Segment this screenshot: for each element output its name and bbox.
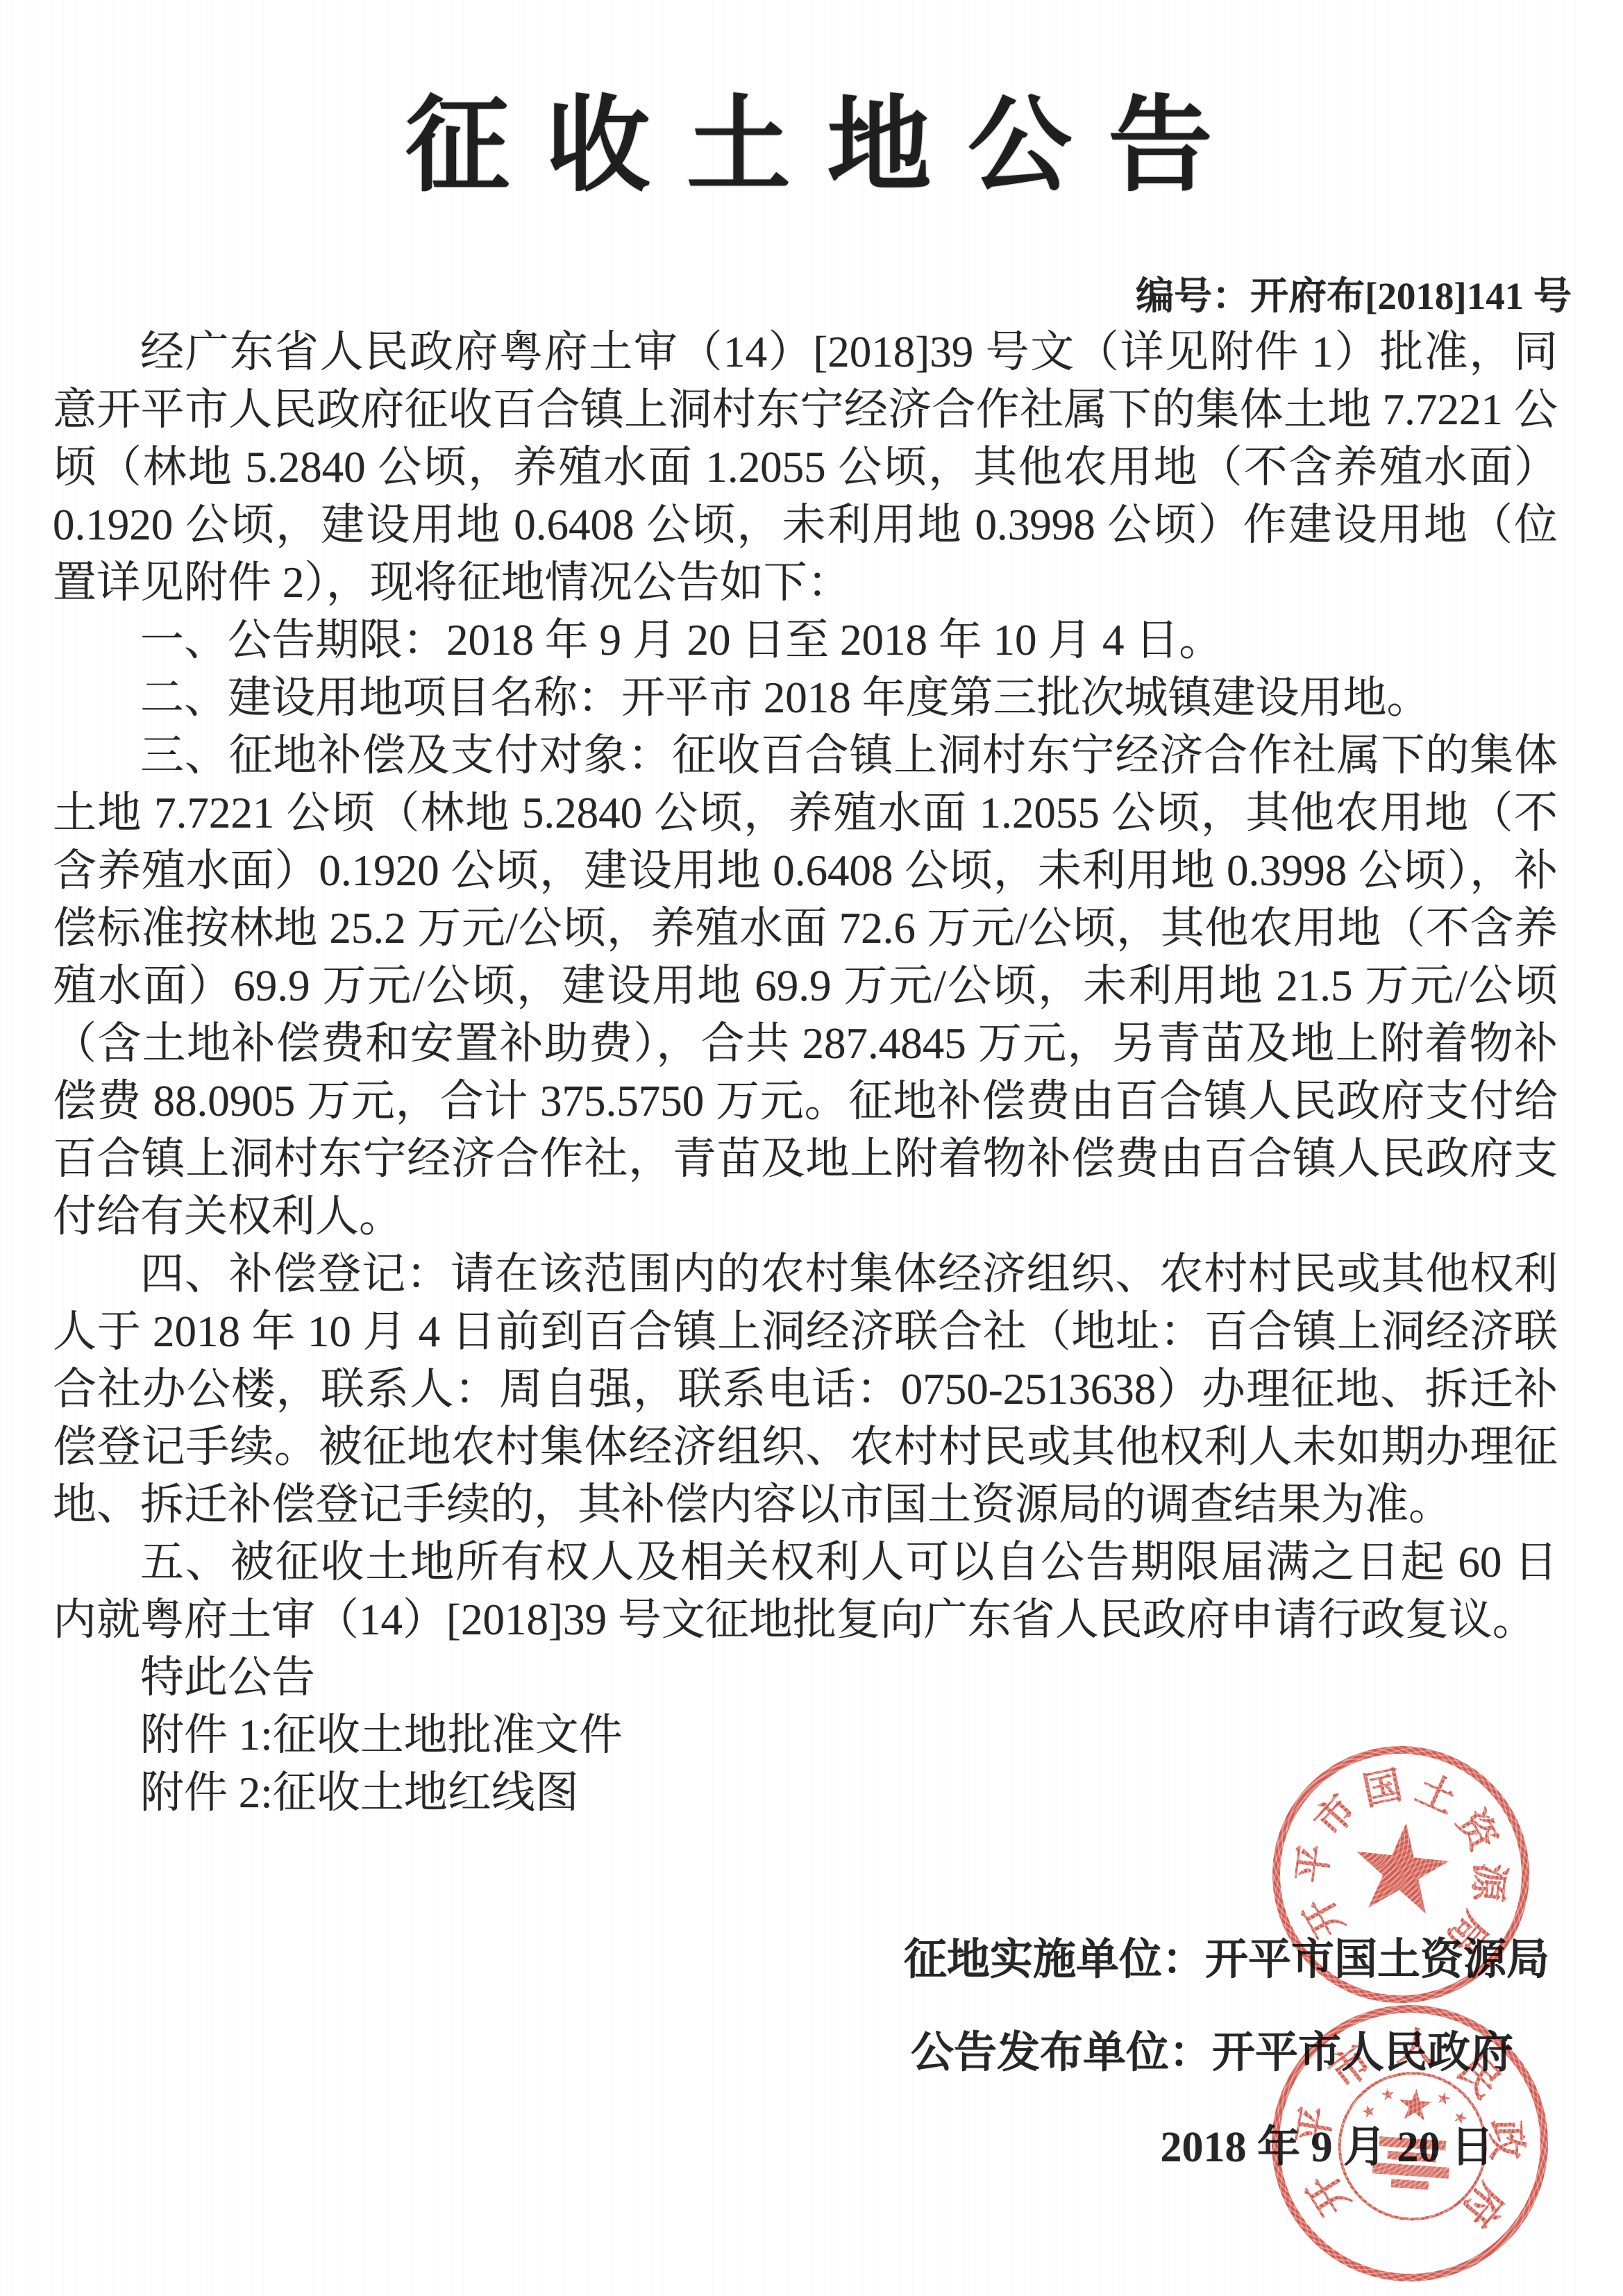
star-icon: ★: [1450, 2108, 1470, 2129]
star-icon: ★: [1434, 2089, 1453, 2109]
tiananmen-gate-icon: [1368, 2136, 1454, 2195]
seal2-ring-char: 人: [1395, 2026, 1438, 2069]
star-icon: ★: [1341, 1804, 1462, 1936]
seal1-ring-char: 平: [1293, 1842, 1336, 1885]
scanned-announcement-page: 征 收 土 地 公 告 编号：开府布[2018]141 号 经广东省人民政府粤府…: [0, 0, 1623, 2296]
star-icon: ★: [1380, 2086, 1397, 2104]
paragraph-item-1-announcement-period: 一、公告期限：2018 年 9 月 20 日至 2018 年 10 月 4 日。: [53, 612, 1558, 669]
paragraph-item-5-review: 五、被征收土地所有权人及相关权利人可以自公告期限届满之日起 60 日内就粤府土审…: [53, 1534, 1558, 1649]
seal2-ring-char: 平: [1293, 2103, 1339, 2150]
paragraph-approval-intro: 经广东省人民政府粤府土审（14）[2018]39 号文（详见附件 1）批准，同意…: [53, 324, 1558, 612]
paragraph-item-4-registration: 四、补偿登记：请在该范围内的农村集体经济组织、农村村民或其他权利人于 2018 …: [53, 1246, 1558, 1534]
paragraph-item-3-compensation: 三、征地补偿及支付对象：征收百合镇上洞村东宁经济合作社属下的集体土地 7.722…: [53, 727, 1558, 1246]
paragraph-item-2-project-name: 二、建设用地项目名称：开平市 2018 年度第三批次城镇建设用地。: [53, 669, 1558, 727]
seal1-ring-char: 源: [1467, 1861, 1509, 1904]
star-icon: ★: [1359, 2102, 1378, 2122]
star-icon: ★: [1395, 2084, 1436, 2129]
document-body: 经广东省人民政府粤府土审（14）[2018]39 号文（详见附件 1）批准，同意…: [53, 324, 1558, 1822]
seal2-ring-char: 政: [1485, 2119, 1527, 2161]
page-title: 征 收 土 地 公 告: [0, 61, 1623, 211]
document-number: 编号：开府布[2018]141 号: [1136, 265, 1572, 320]
closing-statement: 特此公告: [53, 1649, 1558, 1707]
attachment-1-line: 附件 1:征收土地批准文件: [53, 1707, 1558, 1764]
